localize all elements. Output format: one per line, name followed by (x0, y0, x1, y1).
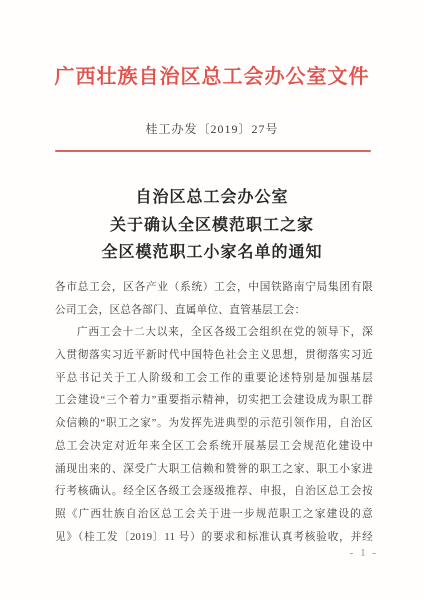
body-line: 各市总工会，区各产业（系统）工会，中国铁路南宁局集团有限 (55, 277, 373, 300)
document-title: 自治区总工会办公室 关于确认全区模范职工之家 全区模范职工小家名单的通知 (0, 184, 424, 267)
body-line: 公司工会，区总各部门、直属单位、直管基层工会： (55, 300, 373, 323)
document-title-line-3: 全区模范职工小家名单的通知 (0, 239, 424, 267)
body-line: 入贯彻落实习近平新时代中国特色社会主义思想，贯彻落实习近 (55, 345, 373, 368)
body-line: 工会建设“三个着力”重要指示精神，切实把工会建设成为职工群 (55, 390, 373, 413)
document-title-line-1: 自治区总工会办公室 (0, 184, 424, 212)
document-body: 各市总工会，区各产业（系统）工会，中国铁路南宁局集团有限 公司工会，区总各部门、… (55, 277, 373, 549)
body-line: 涌现出来的、深受广大职工信赖和赞誉的职工之家、职工小家进 (55, 459, 373, 482)
document-title-line-2: 关于确认全区模范职工之家 (0, 212, 424, 240)
body-line: 照《广西壮族自治区总工会关于进一步规范职工之家建设的意 (55, 504, 373, 527)
body-line: 众信赖的“职工之家”。为发挥先进典型的示范引领作用，自治区 (55, 413, 373, 436)
scanned-document-page: 广西壮族自治区总工会办公室文件 桂工办发〔2019〕27号 自治区总工会办公室 … (0, 0, 424, 600)
document-number: 桂工办发〔2019〕27号 (0, 120, 424, 137)
body-line: 总工会决定对近年来全区工会系统开展基层工会规范化建设中 (55, 436, 373, 459)
red-separator-line (55, 150, 371, 152)
body-line: 平总书记关于工人阶级和工会工作的重要论述特别是加强基层 (55, 368, 373, 391)
page-number: - 1 - (350, 547, 378, 559)
body-line: 行考核确认。经全区各级工会逐级推荐、申报，自治区总工会按 (55, 481, 373, 504)
body-line: 见》（桂工发〔2019〕11 号）的要求和标准认真考核验收，并经 (55, 527, 373, 550)
body-line: 广西工会十二大以来，全区各级工会组织在党的领导下，深 (55, 322, 373, 345)
letterhead-title: 广西壮族自治区总工会办公室文件 (0, 60, 424, 89)
